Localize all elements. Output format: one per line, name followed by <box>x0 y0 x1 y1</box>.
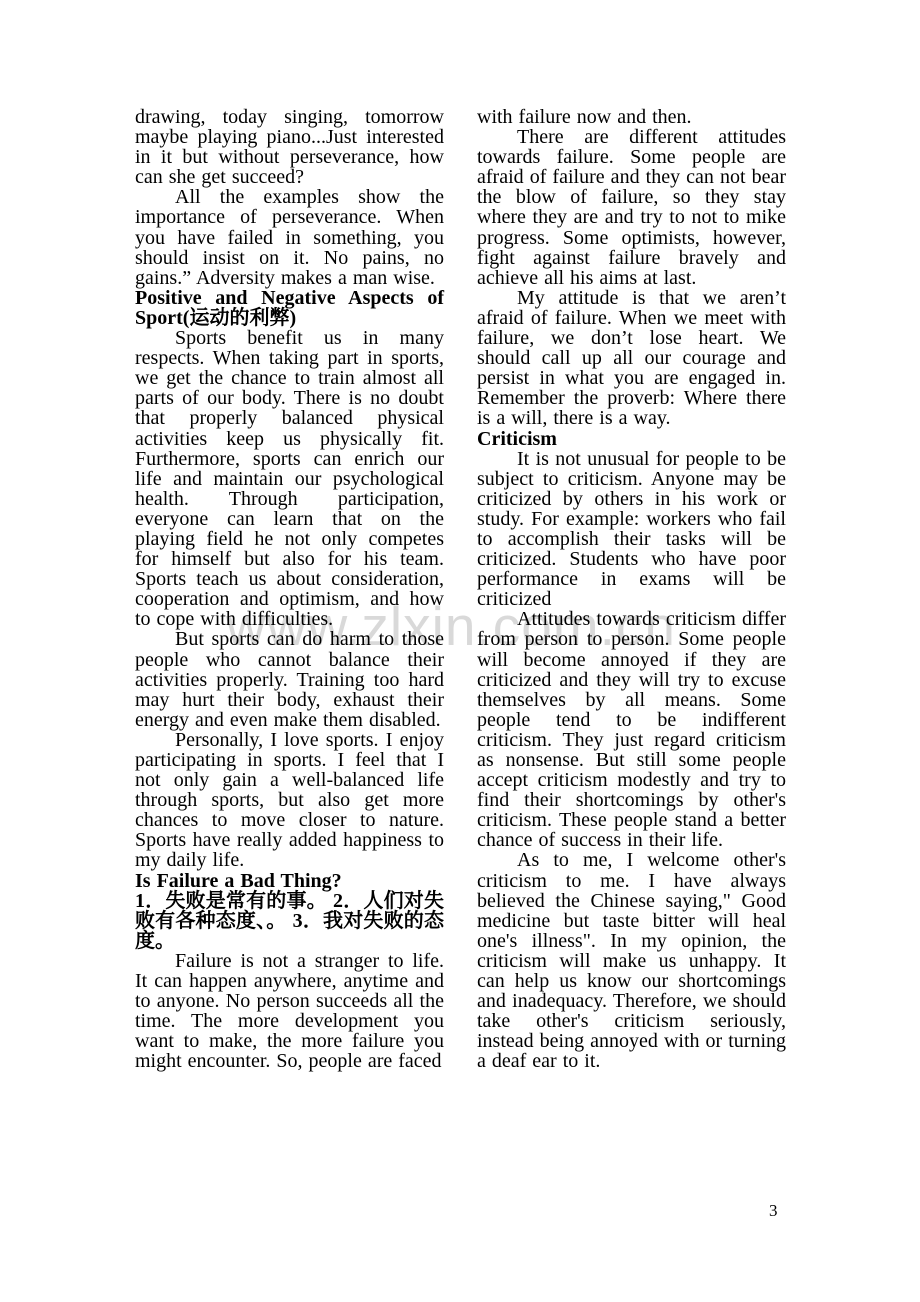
body-paragraph: My attitude is that we aren’t afraid of … <box>477 288 786 429</box>
page-number: 3 <box>769 1201 778 1221</box>
body-paragraph: with failure now and then. <box>477 107 786 127</box>
right-text-column: with failure now and then.There are diff… <box>477 107 786 1072</box>
body-paragraph: Personally, I love sports. I enjoy parti… <box>135 730 444 871</box>
body-paragraph: It is not unusual for people to be subje… <box>477 449 786 610</box>
body-paragraph: Failure is not a stranger to life. It ca… <box>135 951 444 1072</box>
document-page: www.zlxin.com.cn drawing, today singing,… <box>0 0 920 1302</box>
section-heading: Positive and Negative Aspects of Sport(运… <box>135 288 444 328</box>
body-paragraph: As to me, I welcome other's criticism to… <box>477 850 786 1071</box>
body-paragraph: drawing, today singing, tomorrow maybe p… <box>135 107 444 187</box>
section-heading: 1．失败是常有的事。 2．人们对失败有各种态度、。 3．我对失败的态度。 <box>135 891 444 951</box>
body-paragraph: All the examples show the importance of … <box>135 187 444 287</box>
section-heading: Is Failure a Bad Thing? <box>135 871 444 891</box>
body-paragraph: But sports can do harm to those people w… <box>135 629 444 729</box>
left-text-column: drawing, today singing, tomorrow maybe p… <box>135 107 444 1072</box>
body-paragraph: There are different attitudes towards fa… <box>477 127 786 288</box>
body-paragraph: Sports benefit us in many respects. When… <box>135 328 444 629</box>
body-paragraph: Attitudes towards criticism differ from … <box>477 609 786 850</box>
section-heading: Criticism <box>477 429 786 449</box>
